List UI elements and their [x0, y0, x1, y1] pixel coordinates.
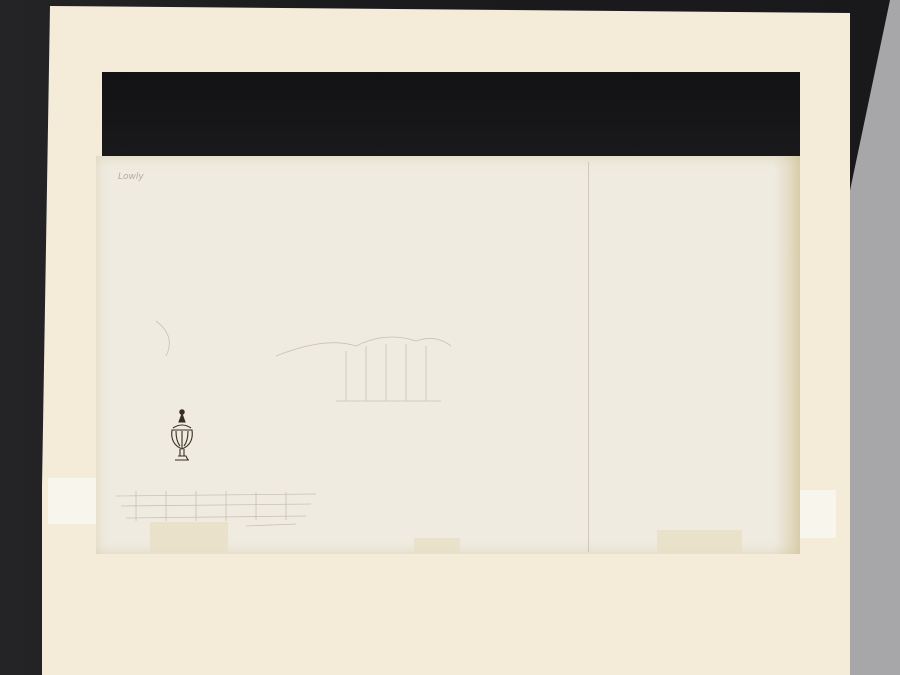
mount-window-opening [102, 72, 800, 162]
right-hinge-tab [800, 490, 836, 538]
urn-ink-drawing [172, 410, 193, 460]
left-hinge-tab [48, 478, 96, 524]
pencil-sketch [96, 156, 800, 554]
